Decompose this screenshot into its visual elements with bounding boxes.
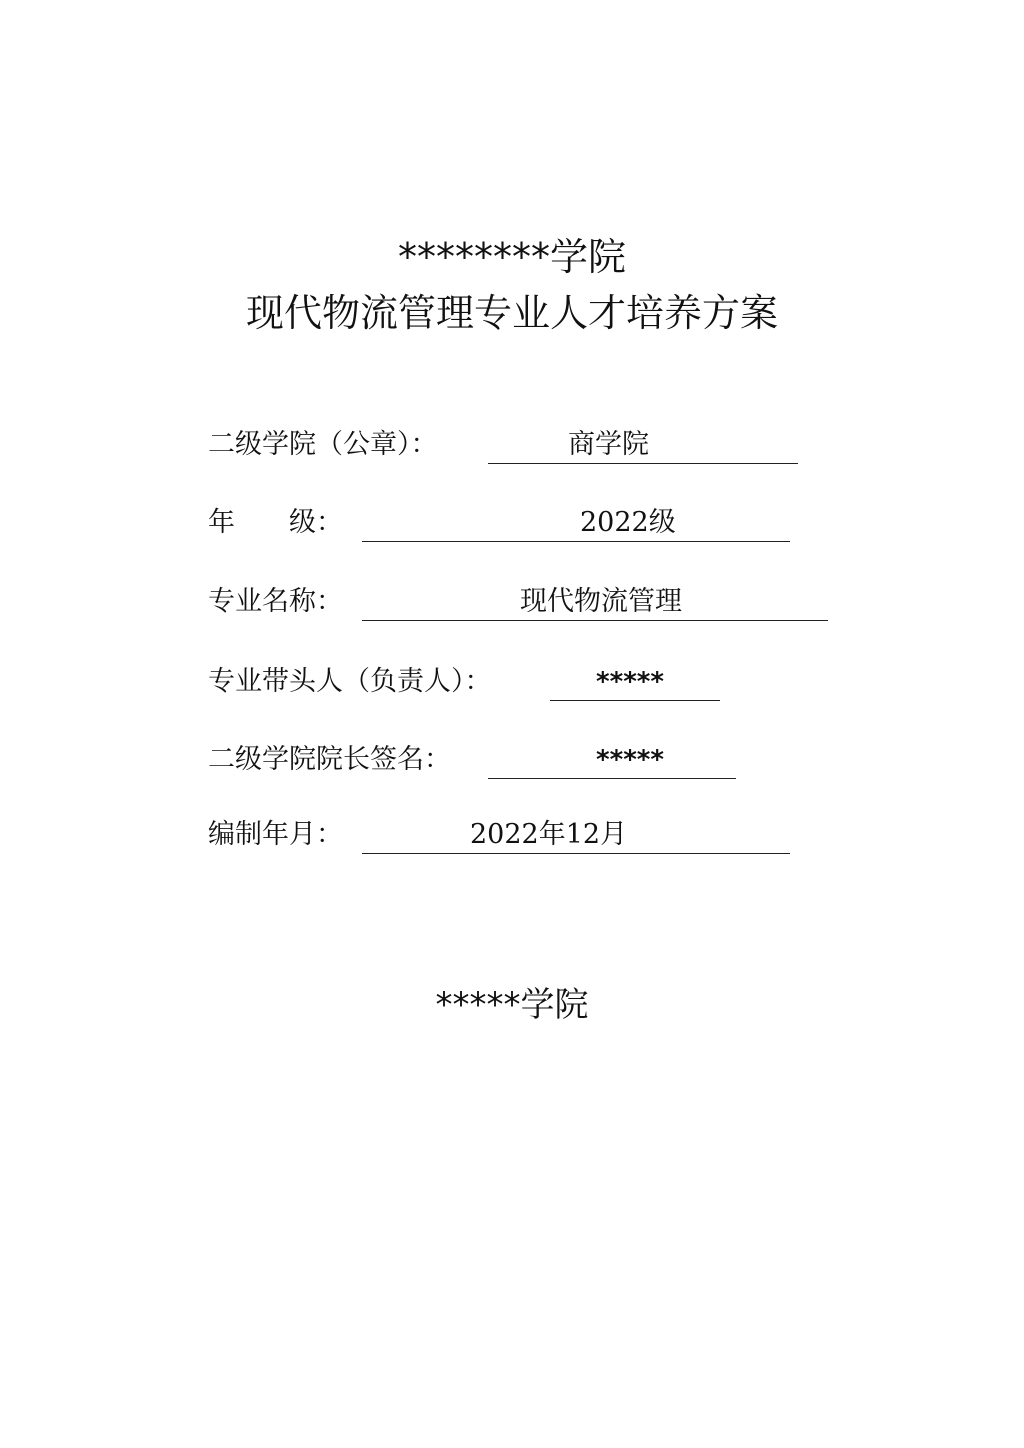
field-label-major: 专业名称：: [208, 582, 343, 622]
document-title: 现代物流管理专业人才培养方案: [0, 288, 1024, 338]
field-row-leader: 专业带头人（负责人）： *****: [208, 662, 748, 702]
field-line-grade: [362, 503, 790, 542]
field-value-leader: *****: [596, 662, 664, 702]
field-value-college: 商学院: [568, 425, 649, 465]
field-label-grade: 年 级：: [208, 503, 343, 543]
field-row-dean-signature: 二级学院院长签名： *****: [208, 740, 768, 780]
field-value-compiled-date: 2022年12月: [470, 815, 627, 855]
field-row-compiled-date: 编制年月： 2022年12月: [208, 815, 808, 855]
field-value-grade: 2022级: [580, 503, 676, 543]
field-row-college: 二级学院（公章）： 商学院: [208, 425, 808, 465]
field-label-leader: 专业带头人（负责人）：: [208, 662, 492, 702]
field-value-dean-signature: *****: [596, 740, 664, 780]
school-name-heading: ********学院: [0, 232, 1024, 282]
field-value-major: 现代物流管理: [520, 582, 682, 622]
footer-school-name: *****学院: [0, 982, 1024, 1028]
field-label-college: 二级学院（公章）：: [208, 425, 438, 465]
field-row-major: 专业名称： 现代物流管理: [208, 582, 848, 622]
field-row-grade: 年 级： 2022级: [208, 503, 808, 543]
field-label-compiled-date: 编制年月：: [208, 815, 343, 855]
field-label-dean-signature: 二级学院院长签名：: [208, 740, 451, 780]
